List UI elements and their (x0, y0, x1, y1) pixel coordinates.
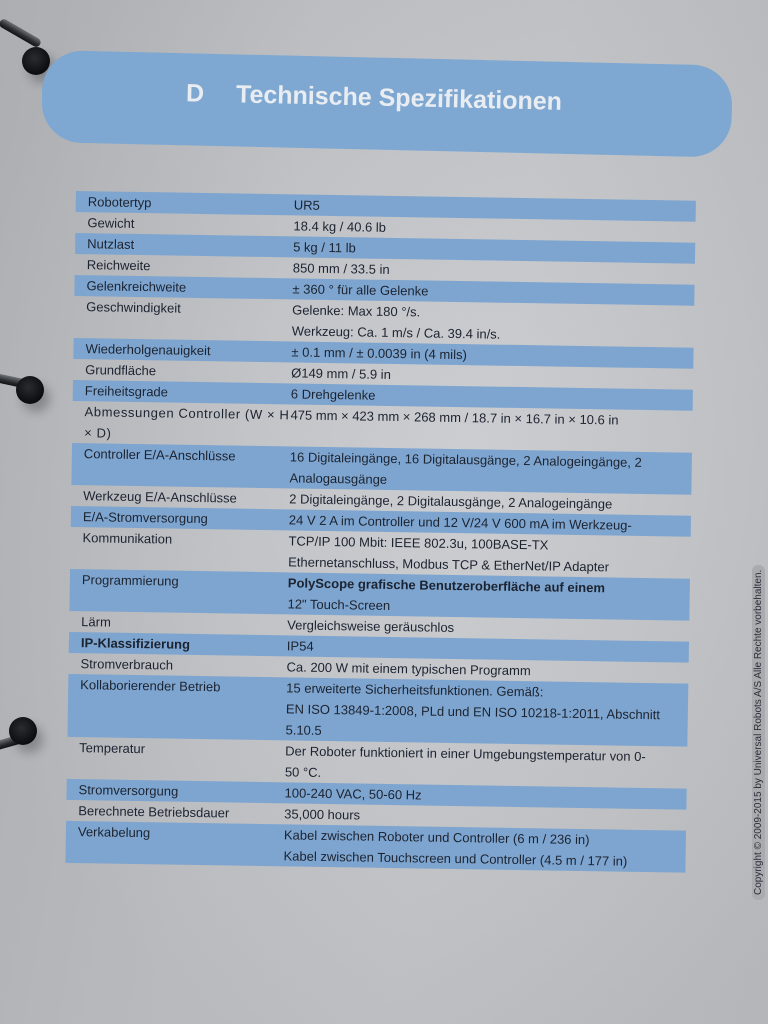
copyright-notice: Copyright © 2009-2015 by Universal Robot… (752, 565, 765, 900)
spec-value: TCP/IP 100 Mbit: IEEE 802.3u, 100BASE-TX… (288, 530, 691, 578)
spec-row: Kollaborierender Betrieb15 erweiterte Si… (67, 674, 688, 747)
spec-label: Controller E/A-Anschlüsse (71, 443, 290, 488)
specifications-table: RobotertypUR5Gewicht18.4 kg / 40.6 lbNut… (65, 191, 695, 873)
spec-label: Kollaborierender Betrieb (67, 674, 286, 740)
binder-ring-icon (22, 47, 50, 75)
spec-value: 15 erweiterte Sicherheitsfunktionen. Gem… (285, 677, 688, 746)
spec-label: Programmierung (69, 569, 288, 614)
section-title: Technische Spezifikationen (236, 80, 563, 116)
spec-value: Kabel zwischen Roboter und Controller (6… (283, 824, 686, 872)
spec-value: 16 Digitaleingänge, 16 Digitalausgänge, … (289, 446, 692, 494)
section-letter: D (186, 79, 205, 108)
binder-ring-wire (0, 18, 42, 49)
binder-ring-icon (16, 376, 44, 404)
section-heading-banner: D Technische Spezifikationen (41, 50, 733, 158)
spec-label: Kommunikation (70, 527, 289, 572)
spec-row: VerkabelungKabel zwischen Roboter und Co… (65, 821, 686, 873)
binder-ring-icon (9, 717, 37, 745)
spec-value: PolyScope grafische Benutzeroberfläche a… (287, 572, 690, 620)
spec-label: Verkabelung (65, 821, 284, 866)
spec-label: Abmessungen Controller (W × H × D) (72, 401, 291, 446)
spec-label: Geschwindigkeit (74, 296, 293, 341)
spec-value: 475 mm × 423 mm × 268 mm / 18.7 in × 16.… (290, 404, 693, 452)
spec-value: Der Roboter funktioniert in einer Umgebu… (285, 740, 688, 788)
spec-label: Temperatur (67, 737, 286, 782)
spec-value: Gelenke: Max 180 °/s.Werkzeug: Ca. 1 m/s… (292, 299, 695, 347)
